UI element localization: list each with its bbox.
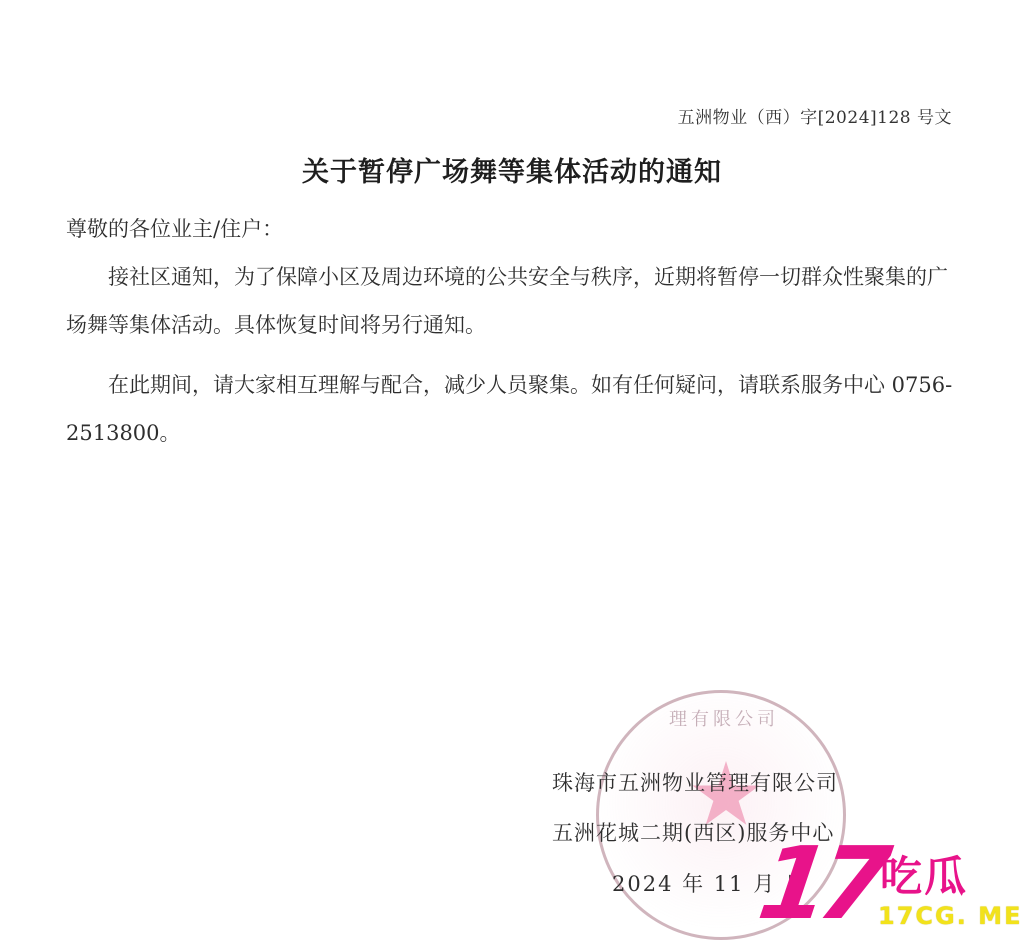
salutation: 尊敬的各位业主/住户： xyxy=(66,213,283,243)
watermark-logo: 17 吃瓜 17CG. ME xyxy=(760,840,1024,940)
paragraph-text: 在此期间，请大家相互理解与配合，减少人员聚集。如有任何疑问，请联系服务中心 07… xyxy=(66,373,952,445)
watermark-number: 17 xyxy=(753,834,886,934)
document-title: 关于暂停广场舞等集体活动的通知 xyxy=(0,150,1024,189)
body-paragraph: 接社区通知，为了保障小区及周边环境的公共安全与秩序，近期将暂停一切群众性聚集的广… xyxy=(66,253,956,349)
watermark-name: 吃瓜 xyxy=(880,844,968,904)
document-number: 五洲物业（西）字[2024]128 号文 xyxy=(678,103,952,128)
watermark-url: 17CG. ME xyxy=(878,902,1022,930)
paragraph-text: 接社区通知，为了保障小区及周边环境的公共安全与秩序，近期将暂停一切群众性聚集的广… xyxy=(66,265,948,337)
signature-company: 珠海市五洲物业管理有限公司 xyxy=(552,767,838,797)
seal-text: 理有限公司 xyxy=(629,705,819,731)
body-paragraph: 在此期间，请大家相互理解与配合，减少人员聚集。如有任何疑问，请联系服务中心 07… xyxy=(66,361,956,457)
